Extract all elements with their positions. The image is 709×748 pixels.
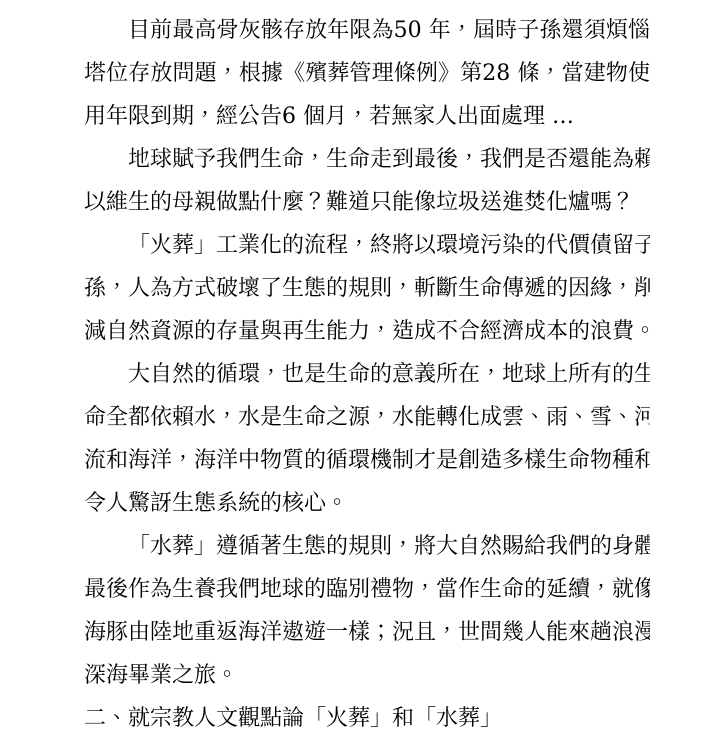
paragraph: 目前最高骨灰骸存放年限為50 年，屆時子孫還須煩惱塔位存放問題，根據《殯葬管理條… xyxy=(84,9,650,138)
text-line: 以維生的母親做點什麼？難道只能像垃圾送進焚化爐嗎？ xyxy=(84,181,650,224)
text-line: 流和海洋，海洋中物質的循環機制才是創造多樣生命物種和 xyxy=(84,439,650,482)
document-page: 目前最高骨灰骸存放年限為50 年，屆時子孫還須煩惱塔位存放問題，根據《殯葬管理條… xyxy=(0,0,709,748)
text-line: 塔位存放問題，根據《殯葬管理條例》第28 條，當建物使 xyxy=(84,52,650,95)
text-line: 減自然資源的存量與再生能力，造成不合經濟成本的浪費。 xyxy=(84,310,650,353)
paragraph: 大自然的循環，也是生命的意義所在，地球上所有的生命全都依賴水，水是生命之源，水能… xyxy=(84,353,650,525)
paragraph: 「火葬」工業化的流程，終將以環境污染的代價債留子孫，人為方式破壞了生態的規則，斬… xyxy=(84,224,650,353)
section-heading-paragraph: 二、就宗教人文觀點論「火葬」和「水葬」 xyxy=(84,697,650,740)
text-line: 最後作為生養我們地球的臨別禮物，當作生命的延續，就像 xyxy=(84,568,650,611)
text-line: 大自然的循環，也是生命的意義所在，地球上所有的生 xyxy=(84,353,650,396)
text-line: 地球賦予我們生命，生命走到最後，我們是否還能為賴 xyxy=(84,138,650,181)
text-line: 「火葬」工業化的流程，終將以環境污染的代價債留子 xyxy=(84,224,650,267)
document-body: 目前最高骨灰骸存放年限為50 年，屆時子孫還須煩惱塔位存放問題，根據《殯葬管理條… xyxy=(0,0,709,740)
text-line: 用年限到期，經公告6 個月，若無家人出面處理 … xyxy=(84,95,650,138)
text-line: 令人驚訝生態系統的核心。 xyxy=(84,482,650,525)
text-line: 海豚由陸地重返海洋遨遊一樣；況且，世間幾人能來趟浪漫 xyxy=(84,611,650,654)
text-line: 孫，人為方式破壞了生態的規則，斬斷生命傳遞的因緣，削 xyxy=(84,267,650,310)
paragraph: 地球賦予我們生命，生命走到最後，我們是否還能為賴以維生的母親做點什麼？難道只能像… xyxy=(84,138,650,224)
text-line: 「水葬」遵循著生態的規則，將大自然賜給我們的身體， xyxy=(84,525,650,568)
text-line: 深海畢業之旅。 xyxy=(84,654,650,697)
paragraph: 「水葬」遵循著生態的規則，將大自然賜給我們的身體，最後作為生養我們地球的臨別禮物… xyxy=(84,525,650,697)
text-line: 命全都依賴水，水是生命之源，水能轉化成雲、雨、雪、河 xyxy=(84,396,650,439)
text-line: 目前最高骨灰骸存放年限為50 年，屆時子孫還須煩惱 xyxy=(84,9,650,52)
section-heading: 二、就宗教人文觀點論「火葬」和「水葬」 xyxy=(84,697,650,740)
